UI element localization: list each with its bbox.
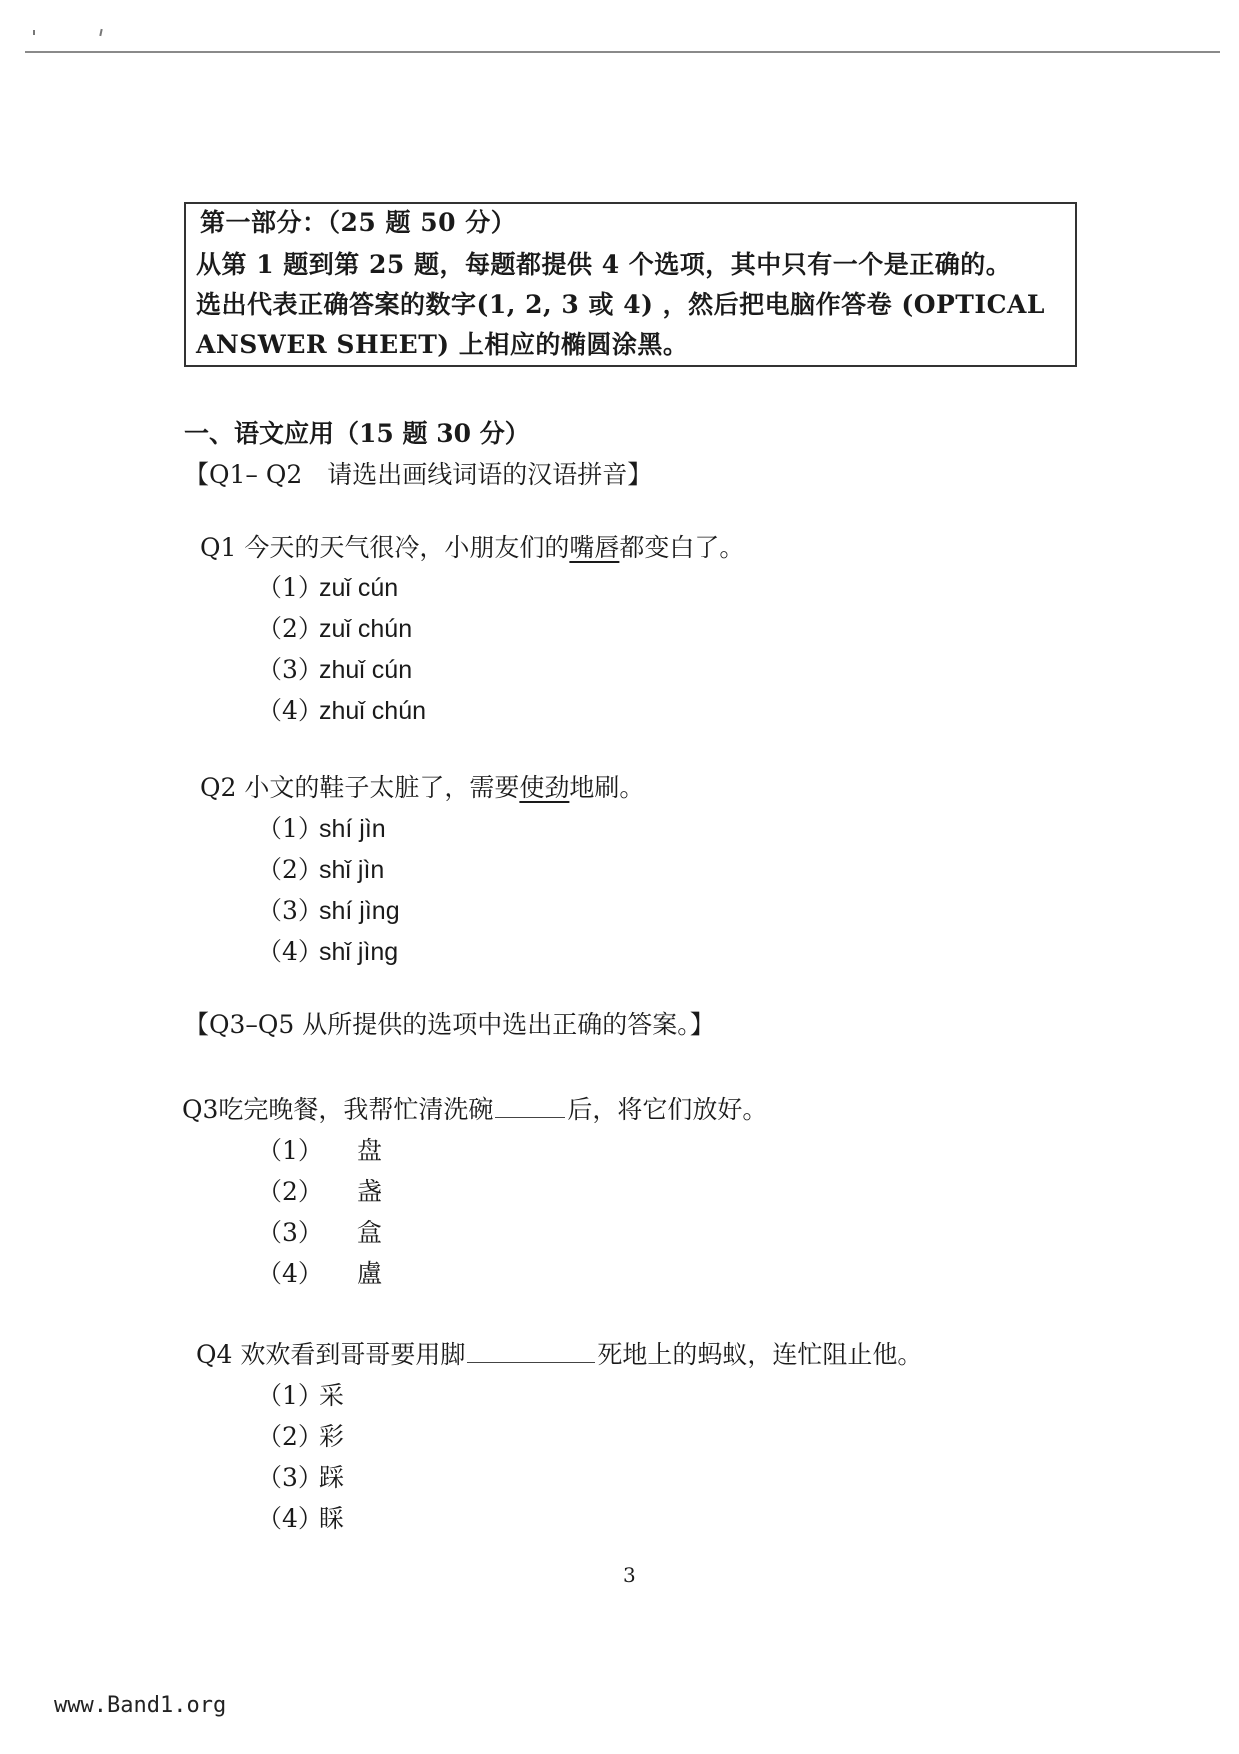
- option-text: shǐ jìn: [319, 856, 384, 884]
- question-q4: Q4 欢欢看到哥哥要用脚死地上的蚂蚁，连忙阻止他。: [196, 1335, 922, 1371]
- option-text: shí jìn: [319, 815, 386, 843]
- scan-mark: [99, 29, 102, 36]
- question-text-after: 都变白了。: [619, 533, 744, 562]
- instructions-box: 第一部分：（25 题 50 分） 从第 1 题到第 25 题，每题都提供 4 个…: [184, 202, 1077, 367]
- option-text: zuǐ cún: [319, 574, 398, 602]
- instructions-title: 第一部分：（25 题 50 分）: [200, 208, 516, 238]
- option-q3-2: （2）盏: [257, 1172, 382, 1208]
- option-q3-4: （4）盧: [257, 1254, 382, 1290]
- option-number: （4）: [257, 1254, 357, 1290]
- question-text-after: 后，将它们放好。: [567, 1095, 767, 1124]
- question-id: Q1: [200, 533, 236, 562]
- option-text: zhuǐ chún: [319, 697, 426, 725]
- option-q2-3: （3）shí jìng: [257, 891, 400, 927]
- option-number: （4）: [257, 691, 319, 727]
- option-number: （1）: [257, 568, 319, 604]
- option-q4-1: （1）采: [257, 1376, 344, 1412]
- underlined-word: 嘴唇: [569, 533, 619, 562]
- answer-blank: [495, 1116, 565, 1118]
- option-number: （2）: [257, 609, 319, 645]
- section-heading: 一、语文应用（15 题 30 分）: [184, 414, 530, 450]
- option-number: （3）: [257, 891, 319, 927]
- question-id: Q2: [200, 773, 236, 802]
- option-text: 睬: [319, 1504, 344, 1533]
- option-text: 踩: [319, 1463, 344, 1492]
- scan-mark: [33, 30, 35, 35]
- instructions-line-2: 选出代表正确答案的数字(1, 2, 3 或 4) ，然后把电脑作答卷 (OPTI…: [196, 290, 1045, 320]
- option-q4-3: （3）踩: [257, 1458, 344, 1494]
- instructions-line-1: 从第 1 题到第 25 题，每题都提供 4 个选项，其中只有一个是正确的。: [196, 250, 1011, 280]
- option-number: （3）: [257, 1458, 319, 1494]
- option-number: （1）: [257, 809, 319, 845]
- header-rule: [25, 51, 1220, 53]
- option-text: zuǐ chún: [319, 615, 412, 643]
- option-q4-2: （2）彩: [257, 1417, 344, 1453]
- option-q2-2: （2）shǐ jìn: [257, 850, 384, 886]
- answer-blank: [467, 1361, 595, 1363]
- option-text: zhuǐ cún: [319, 656, 412, 684]
- option-number: （3）: [257, 1213, 357, 1249]
- option-q1-2: （2）zuǐ chún: [257, 609, 412, 645]
- option-text: shí jìng: [319, 897, 400, 925]
- option-number: （4）: [257, 932, 319, 968]
- option-text: 彩: [319, 1422, 344, 1451]
- question-q1: Q1 今天的天气很冷，小朋友们的嘴唇都变白了。: [200, 528, 744, 564]
- option-q1-3: （3）zhuǐ cún: [257, 650, 412, 686]
- option-q4-4: （4）睬: [257, 1499, 344, 1535]
- option-text: 盏: [357, 1177, 382, 1206]
- question-text-after: 地刷。: [569, 773, 644, 802]
- question-text-before: 小文的鞋子太脏了，需要: [244, 773, 519, 802]
- option-q3-1: （1）盘: [257, 1131, 382, 1167]
- option-q1-1: （1）zuǐ cún: [257, 568, 398, 604]
- option-text: shǐ jìng: [319, 938, 398, 966]
- page-number: 3: [623, 1563, 636, 1587]
- option-q2-4: （4）shǐ jìng: [257, 932, 398, 968]
- option-text: 盧: [357, 1259, 382, 1288]
- question-id: Q3: [182, 1095, 218, 1124]
- option-number: （2）: [257, 1417, 319, 1453]
- question-id: Q4: [196, 1340, 232, 1369]
- option-number: （1）: [257, 1376, 319, 1412]
- option-number: （1）: [257, 1131, 357, 1167]
- group-label-q1-q2: 【Q1– Q2 请选出画线词语的汉语拼音】: [184, 455, 652, 491]
- question-text-before: 欢欢看到哥哥要用脚: [240, 1340, 465, 1369]
- option-number: （4）: [257, 1499, 319, 1535]
- option-number: （2）: [257, 850, 319, 886]
- instructions-line-3: ANSWER SHEET) 上相应的椭圆涂黑。: [196, 330, 688, 360]
- footer-url: www.Band1.org: [54, 1693, 226, 1718]
- option-text: 盘: [357, 1136, 382, 1165]
- question-text-before: 今天的天气很冷，小朋友们的: [244, 533, 569, 562]
- question-text-after: 死地上的蚂蚁，连忙阻止他。: [597, 1340, 922, 1369]
- option-number: （2）: [257, 1172, 357, 1208]
- option-number: （3）: [257, 650, 319, 686]
- question-text-before: 吃完晚餐，我帮忙清洗碗: [218, 1095, 493, 1124]
- group-label-q3-q5: 【Q3–Q5 从所提供的选项中选出正确的答案。】: [184, 1005, 715, 1041]
- question-q3: Q3吃完晚餐，我帮忙清洗碗后，将它们放好。: [182, 1090, 767, 1126]
- option-q1-4: （4）zhuǐ chún: [257, 691, 426, 727]
- question-q2: Q2 小文的鞋子太脏了，需要使劲地刷。: [200, 768, 644, 804]
- underlined-word: 使劲: [519, 773, 569, 802]
- option-q3-3: （3）盒: [257, 1213, 382, 1249]
- option-q2-1: （1）shí jìn: [257, 809, 386, 845]
- option-text: 采: [319, 1381, 344, 1410]
- option-text: 盒: [357, 1218, 382, 1247]
